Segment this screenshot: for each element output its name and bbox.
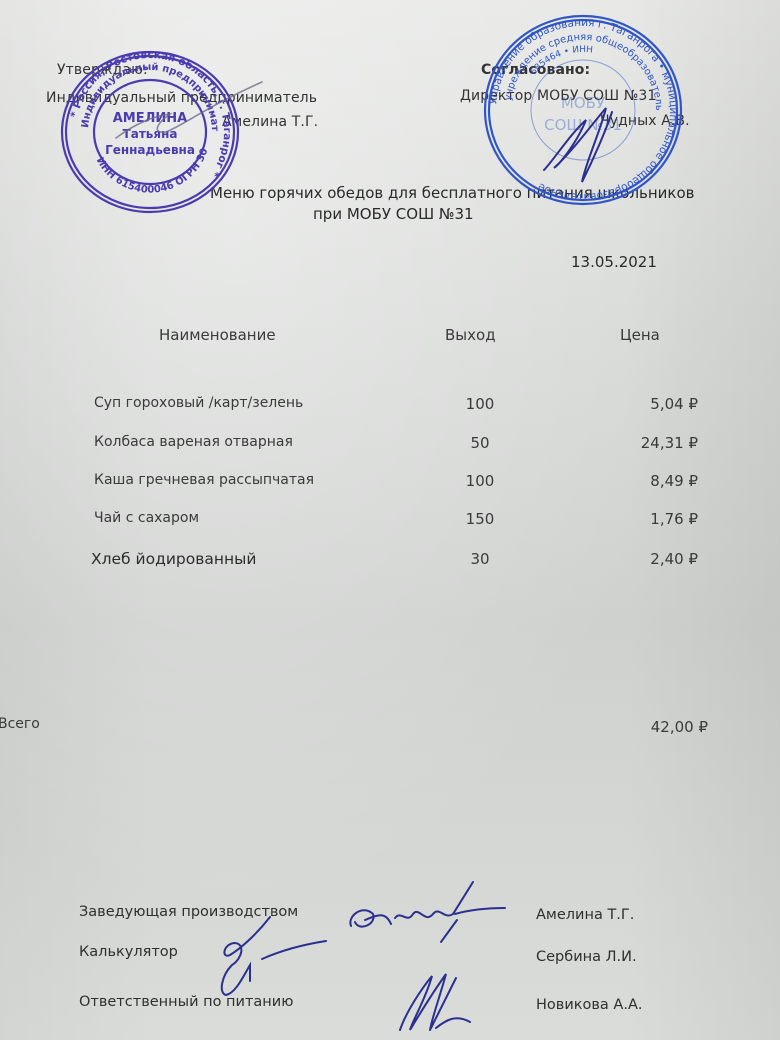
dish-name: Хлеб йодированный xyxy=(91,550,256,568)
total-label: Всего xyxy=(0,716,40,732)
column-header-name: Наименование xyxy=(159,326,276,344)
dish-yield: 100 xyxy=(445,395,515,413)
signature-production-head xyxy=(345,880,515,950)
signature-name: Амелина Т.Г. xyxy=(536,907,634,923)
signature-role: Калькулятор xyxy=(79,944,178,960)
dish-name: Каша гречневая рассыпчатая xyxy=(94,472,314,488)
entrepreneur-signature xyxy=(112,80,272,150)
table-row: Каша гречневая рассыпчатая 100 8,49 ₽ xyxy=(0,472,780,496)
table-row: Колбаса вареная отварная 50 24,31 ₽ xyxy=(0,434,780,458)
dish-yield: 50 xyxy=(445,434,515,452)
dish-name: Колбаса вареная отварная xyxy=(94,434,293,450)
dish-price: 5,04 ₽ xyxy=(650,395,698,413)
dish-name: Суп гороховый /карт/зелень xyxy=(94,395,303,411)
dish-price: 1,76 ₽ xyxy=(650,510,698,528)
dish-price: 24,31 ₽ xyxy=(641,434,698,452)
column-header-price: Цена xyxy=(620,326,660,344)
total-value: 42,00 ₽ xyxy=(651,718,708,736)
dish-price: 2,40 ₽ xyxy=(650,550,698,568)
signature-nutrition-responsible xyxy=(392,968,502,1040)
dish-yield: 30 xyxy=(445,550,515,568)
table-row: Чай с сахаром 150 1,76 ₽ xyxy=(0,510,780,534)
document-date: 13.05.2021 xyxy=(571,253,657,271)
signature-name: Новикова А.А. xyxy=(536,997,642,1013)
svg-text:МОБУ: МОБУ xyxy=(561,94,605,112)
table-row: Суп гороховый /карт/зелень 100 5,04 ₽ xyxy=(0,395,780,419)
document-subtitle: при МОБУ СОШ №31 xyxy=(313,205,474,223)
signature-name: Сербина Л.И. xyxy=(536,949,637,965)
dish-name: Чай с сахаром xyxy=(94,510,199,526)
signature-calculator xyxy=(200,915,340,1005)
table-row: Хлеб йодированный 30 2,40 ₽ xyxy=(0,550,780,574)
stamp-school: Управление образования г. Таганрога • му… xyxy=(482,12,684,208)
dish-price: 8,49 ₽ xyxy=(650,472,698,490)
dish-yield: 100 xyxy=(445,472,515,490)
dish-yield: 150 xyxy=(445,510,515,528)
column-header-yield: Выход xyxy=(445,326,496,344)
